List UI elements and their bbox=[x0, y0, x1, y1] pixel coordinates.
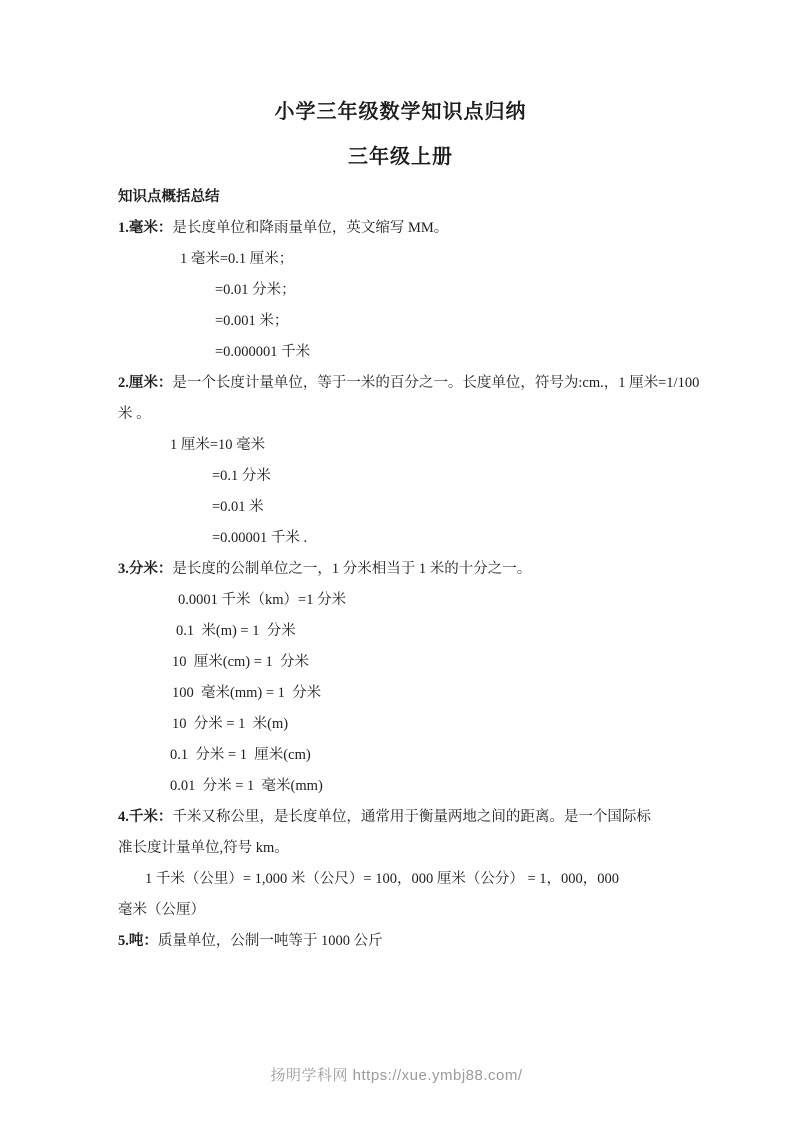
formula-line: 100 毫米(mm) = 1 分米 bbox=[118, 678, 683, 709]
formula-line: 毫米（公厘） bbox=[118, 895, 683, 926]
section-heading: 知识点概括总结 bbox=[118, 182, 683, 213]
document-page: 小学三年级数学知识点归纳 三年级上册 知识点概括总结 1.毫米：是长度单位和降雨… bbox=[0, 0, 793, 1122]
term-text-centimeter-line2: 米 。 bbox=[118, 399, 683, 430]
formula-line: 10 分米 = 1 米(m) bbox=[118, 709, 683, 740]
formula-line: 10 厘米(cm) = 1 分米 bbox=[118, 647, 683, 678]
term-text-centimeter-line1: 是一个长度计量单位，等于一米的百分之一。长度单位，符号为:cm.，1 厘米=1/… bbox=[172, 375, 699, 391]
term-label-ton: 5.吨： bbox=[118, 933, 158, 949]
term-label-centimeter: 2.厘米： bbox=[118, 375, 172, 391]
formula-line: 1 千米（公里）= 1,000 米（公尺）= 100，000 厘米（公分） = … bbox=[118, 864, 683, 895]
formula-line: 1 毫米=0.1 厘米； bbox=[118, 244, 683, 275]
footer-site-url[interactable]: https://xue.ymbj88.com/ bbox=[353, 1067, 523, 1084]
document-subtitle: 三年级上册 bbox=[118, 135, 683, 180]
formula-line: 0.1 米(m) = 1 分米 bbox=[118, 616, 683, 647]
site-footer: 扬明学科网 https://xue.ymbj88.com/ bbox=[0, 1061, 793, 1091]
formula-line: =0.00001 千米 . bbox=[118, 523, 683, 554]
definition-millimeter: 1.毫米：是长度单位和降雨量单位，英文缩写 MM。 bbox=[118, 213, 683, 244]
term-text-decimeter: 是长度的公制单位之一，1 分米相当于 1 米的十分之一。 bbox=[172, 561, 531, 577]
formula-line: 1 厘米=10 毫米 bbox=[118, 430, 683, 461]
formula-line: 0.1 分米 = 1 厘米(cm) bbox=[118, 740, 683, 771]
formula-line: 0.0001 千米（km）=1 分米 bbox=[118, 585, 683, 616]
term-text-ton: 质量单位，公制一吨等于 1000 公斤 bbox=[158, 933, 383, 949]
document-title: 小学三年级数学知识点归纳 bbox=[118, 90, 683, 135]
term-label-decimeter: 3.分米： bbox=[118, 561, 172, 577]
term-text-kilometer-line2: 准长度计量单位,符号 km。 bbox=[118, 833, 683, 864]
definition-centimeter: 2.厘米：是一个长度计量单位，等于一米的百分之一。长度单位，符号为:cm.，1 … bbox=[118, 368, 683, 399]
term-text-kilometer-line1: 千米又称公里，是长度单位，通常用于衡量两地之间的距离。是一个国际标 bbox=[172, 809, 651, 825]
document-content: 小学三年级数学知识点归纳 三年级上册 知识点概括总结 1.毫米：是长度单位和降雨… bbox=[0, 90, 793, 957]
footer-site-name: 扬明学科网 bbox=[270, 1067, 348, 1084]
definition-ton: 5.吨：质量单位，公制一吨等于 1000 公斤 bbox=[118, 926, 683, 957]
term-text-millimeter: 是长度单位和降雨量单位，英文缩写 MM。 bbox=[172, 220, 448, 236]
term-label-millimeter: 1.毫米： bbox=[118, 220, 172, 236]
term-label-kilometer: 4.千米： bbox=[118, 809, 172, 825]
formula-line: =0.01 分米； bbox=[118, 275, 683, 306]
formula-line: =0.000001 千米 bbox=[118, 337, 683, 368]
definition-decimeter: 3.分米：是长度的公制单位之一，1 分米相当于 1 米的十分之一。 bbox=[118, 554, 683, 585]
formula-line: =0.01 米 bbox=[118, 492, 683, 523]
formula-line: =0.001 米； bbox=[118, 306, 683, 337]
formula-line: 0.01 分米 = 1 毫米(mm) bbox=[118, 771, 683, 802]
formula-line: =0.1 分米 bbox=[118, 461, 683, 492]
definition-kilometer: 4.千米：千米又称公里，是长度单位，通常用于衡量两地之间的距离。是一个国际标 bbox=[118, 802, 683, 833]
